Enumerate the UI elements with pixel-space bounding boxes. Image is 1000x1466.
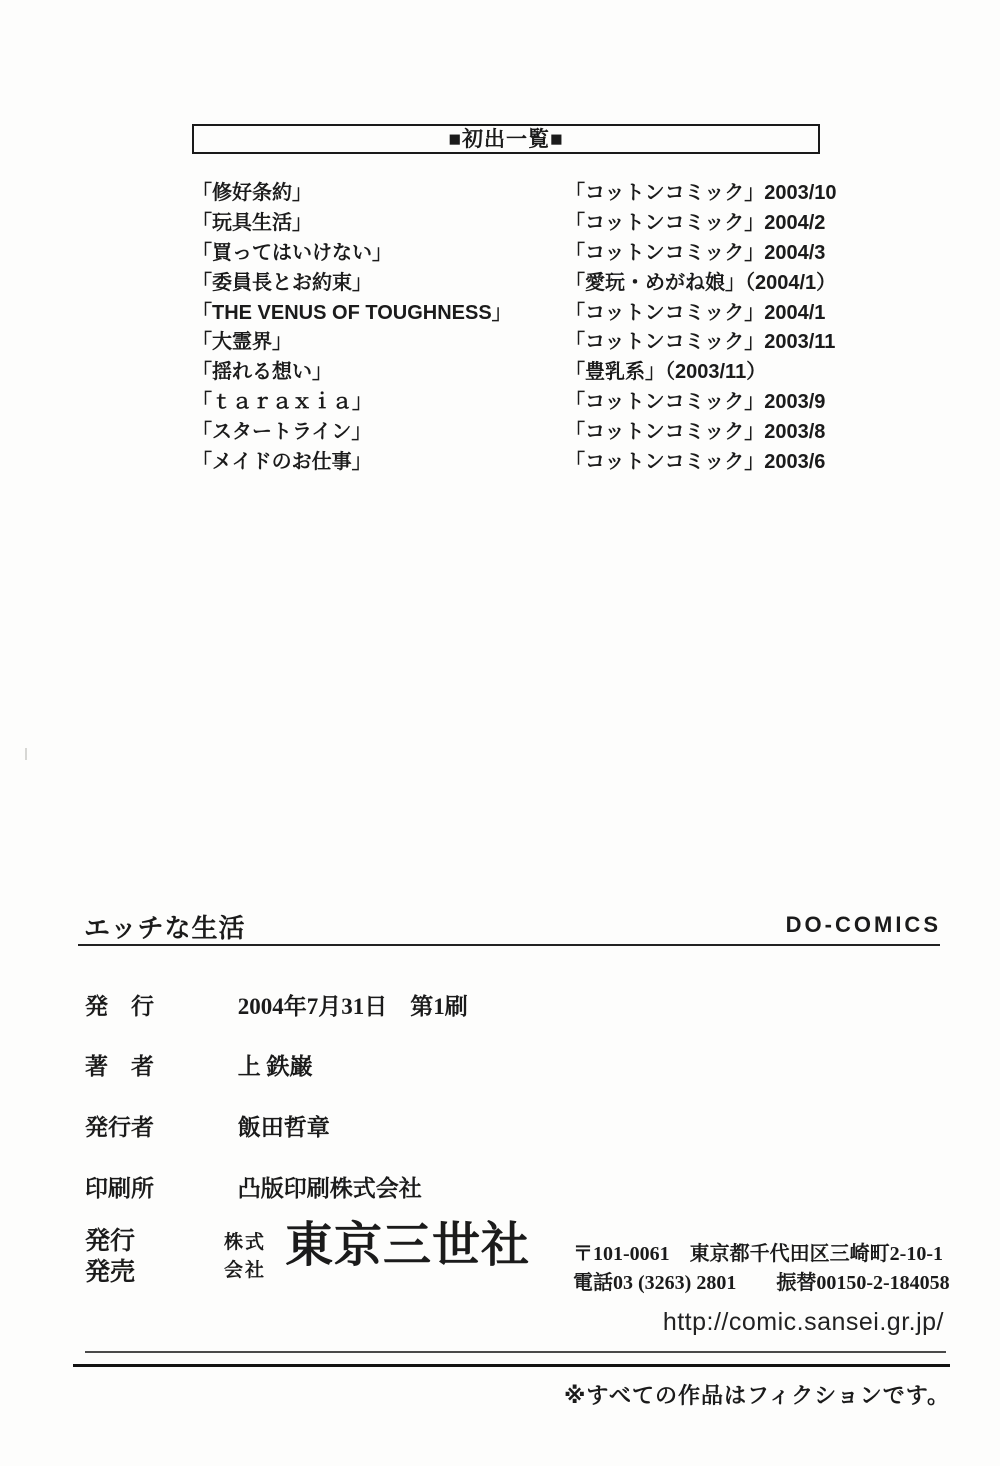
colophon-row-value: 上 鉄巌 [238,1054,313,1079]
work-source: 「コットンコミック」2003/10 [565,176,840,205]
publisher-address-line1: 〒101-0061 東京都千代田区三崎町2-10-1 [573,1240,950,1269]
work-row: 「揺れる想い」 「豊乳系」（2003/11） [192,355,840,385]
colophon-row-value: 凸版印刷株式会社 [238,1176,422,1201]
publisher-role: 発行 発売 [85,1226,135,1288]
work-source: 「コットンコミック」2004/1 [565,296,840,325]
publisher-corp-type: 株式 会社 [224,1229,266,1285]
book-title: エッチな生活 [84,908,245,945]
publisher-role-line1: 発行 [85,1226,135,1257]
colophon-row-label: 著 者 [85,1048,232,1081]
works-list: 「修好条約」 「コットンコミック」2003/10 「玩具生活」 「コットンコミッ… [192,176,840,474]
work-title: 「修好条約」 [192,176,565,205]
work-row: 「買ってはいけない」 「コットンコミック」2004/3 [192,236,840,266]
publisher-name: 東京三世社 [285,1222,530,1270]
colophon-row: 印刷所 凸版印刷株式会社 [85,1170,422,1203]
colophon-row: 発行者 飯田哲章 [85,1109,330,1142]
bottom-divider-thick [73,1364,950,1367]
colophon-row-label: 発行者 [85,1109,232,1142]
colophon-page: ■初出一覧■ 「修好条約」 「コットンコミック」2003/10 「玩具生活」 「… [0,0,1000,1466]
work-row: 「スタートライン」 「コットンコミック」2003/8 [192,414,840,444]
fiction-disclaimer: ※すべての作品はフィクションです。 [564,1379,950,1410]
work-title: 「THE VENUS OF TOUGHNESS」 [192,296,565,325]
work-title: 「買ってはいけない」 [192,236,565,265]
work-row: 「玩具生活」 「コットンコミック」2004/2 [192,206,840,236]
first-publication-header-box: ■初出一覧■ [192,124,820,154]
publisher-address: 〒101-0061 東京都千代田区三崎町2-10-1 電話03 (3263) 2… [573,1240,950,1297]
colophon-row-value: 2004年7月31日 第1刷 [238,994,468,1019]
work-title: 「玩具生活」 [192,206,565,235]
colophon-row-label: 発 行 [85,988,232,1021]
work-title: 「委員長とお約束」 [192,266,565,295]
scan-artifact [25,748,27,760]
work-title: 「メイドのお仕事」 [192,445,565,474]
work-source: 「コットンコミック」2003/8 [565,415,840,444]
publisher-corp-line1: 株式 [224,1229,266,1257]
colophon-row-value: 飯田哲章 [238,1115,330,1140]
first-publication-title: ■初出一覧■ [448,129,563,150]
work-title: 「揺れる想い」 [192,355,565,384]
publisher-corp-line2: 会社 [224,1257,266,1285]
colophon-row: 著 者 上 鉄巌 [85,1048,313,1081]
work-row: 「メイドのお仕事」 「コットンコミック」2003/6 [192,444,840,474]
publisher-url: http://comic.sansei.gr.jp/ [663,1308,944,1337]
work-source: 「コットンコミック」2004/2 [565,206,840,235]
work-row: 「THE VENUS OF TOUGHNESS」 「コットンコミック」2004/… [192,295,840,325]
work-title: 「スタートライン」 [192,415,565,444]
bottom-divider-thin [85,1351,946,1353]
work-source: 「コットンコミック」2003/9 [565,385,840,414]
work-source: 「コットンコミック」2003/11 [565,325,840,354]
work-source: 「愛玩・めがね娘」（2004/1） [565,266,840,295]
work-source: 「コットンコミック」2004/3 [565,236,840,265]
work-source: 「コットンコミック」2003/6 [565,445,840,474]
colophon-row-label: 印刷所 [85,1170,232,1203]
work-row: 「修好条約」 「コットンコミック」2003/10 [192,176,840,206]
title-divider [78,944,940,946]
work-source: 「豊乳系」（2003/11） [565,355,840,384]
colophon-row: 発 行 2004年7月31日 第1刷 [85,988,468,1021]
publisher-address-line2: 電話03 (3263) 2801 振替00150-2-184058 [573,1269,950,1298]
work-row: 「ｔａｒａｘｉａ」 「コットンコミック」2003/9 [192,385,840,415]
publisher-role-line2: 発売 [85,1257,135,1288]
work-row: 「委員長とお約束」 「愛玩・めがね娘」（2004/1） [192,265,840,295]
work-title: 「大霊界」 [192,325,565,354]
work-title: 「ｔａｒａｘｉａ」 [192,385,565,414]
work-row: 「大霊界」 「コットンコミック」2003/11 [192,325,840,355]
imprint-label: DO-COMICS [786,912,941,938]
